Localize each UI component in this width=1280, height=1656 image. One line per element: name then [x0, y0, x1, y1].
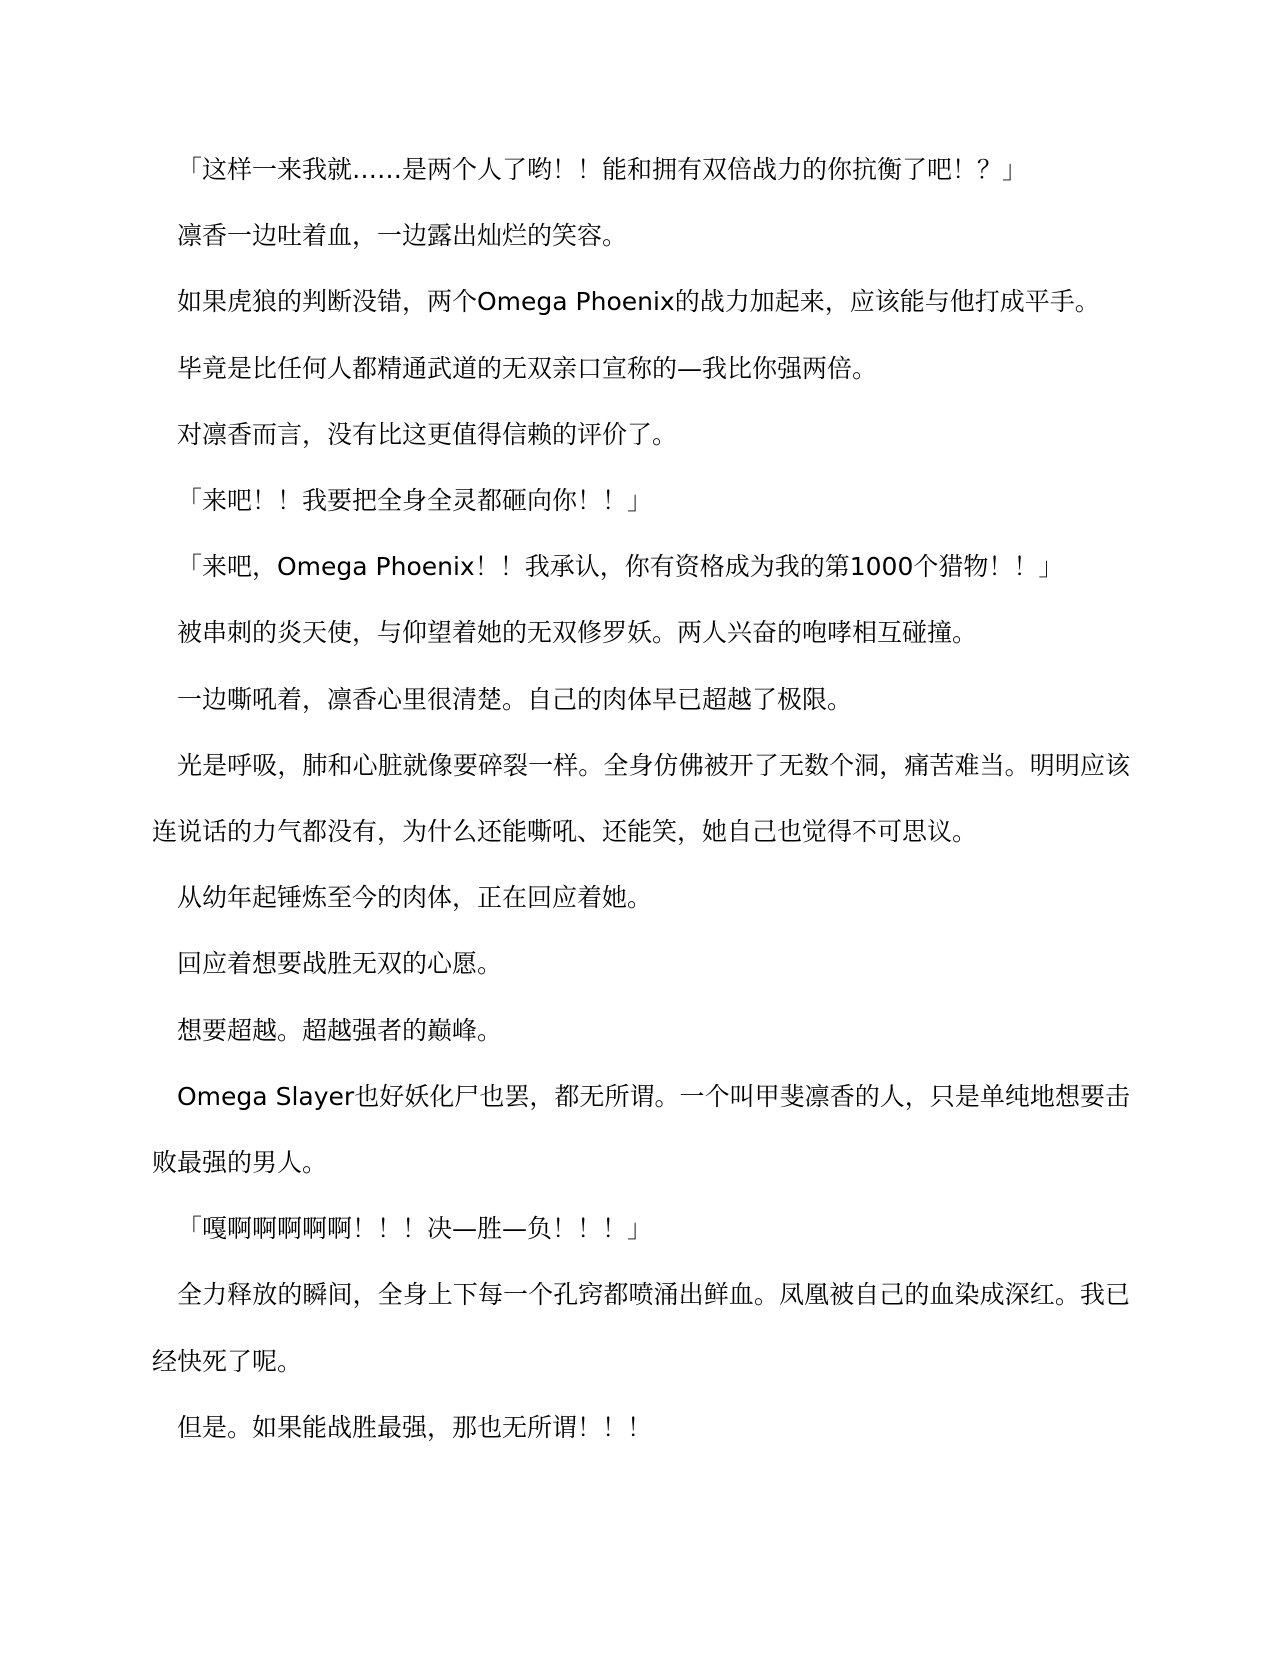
paragraph: 回应着想要战胜无双的心愿。 [152, 931, 1130, 997]
paragraph: Omega Slayer也好妖化尸也罢，都无所谓。一个叫甲斐凛香的人，只是单纯地… [152, 1064, 1130, 1196]
document-page: 「这样一来我就……是两个人了哟！！能和拥有双倍战力的你抗衡了吧！？」凛香一边吐着… [0, 0, 1280, 1656]
paragraph: 毕竟是比任何人都精通武道的无双亲口宣称的—我比你强两倍。 [152, 336, 1130, 402]
paragraph: 光是呼吸，肺和心脏就像要碎裂一样。全身仿佛被开了无数个洞，痛苦难当。明明应该连说… [152, 733, 1130, 865]
paragraph: 凛香一边吐着血，一边露出灿烂的笑容。 [152, 203, 1130, 269]
paragraph: 全力释放的瞬间，全身上下每一个孔窍都喷涌出鲜血。凤凰被自己的血染成深红。我已经快… [152, 1262, 1130, 1394]
paragraph: 「这样一来我就……是两个人了哟！！能和拥有双倍战力的你抗衡了吧！？」 [152, 137, 1130, 203]
paragraph: 被串刺的炎天使，与仰望着她的无双修罗妖。两人兴奋的咆哮相互碰撞。 [152, 600, 1130, 666]
paragraph: 从幼年起锤炼至今的肉体，正在回应着她。 [152, 865, 1130, 931]
paragraph: 「来吧，Omega Phoenix！！我承认，你有资格成为我的第1000个猎物！… [152, 534, 1130, 600]
paragraph: 「嘎啊啊啊啊啊！！！决—胜—负！！！」 [152, 1196, 1130, 1262]
paragraph: 「来吧！！我要把全身全灵都砸向你！！」 [152, 468, 1130, 534]
paragraph: 如果虎狼的判断没错，两个Omega Phoenix的战力加起来，应该能与他打成平… [152, 269, 1130, 335]
paragraph: 一边嘶吼着，凛香心里很清楚。自己的肉体早已超越了极限。 [152, 667, 1130, 733]
paragraph: 对凛香而言，没有比这更值得信赖的评价了。 [152, 402, 1130, 468]
paragraphs-container: 「这样一来我就……是两个人了哟！！能和拥有双倍战力的你抗衡了吧！？」凛香一边吐着… [152, 137, 1130, 1461]
paragraph: 想要超越。超越强者的巅峰。 [152, 998, 1130, 1064]
paragraph: 但是。如果能战胜最强，那也无所谓！！！ [152, 1395, 1130, 1461]
